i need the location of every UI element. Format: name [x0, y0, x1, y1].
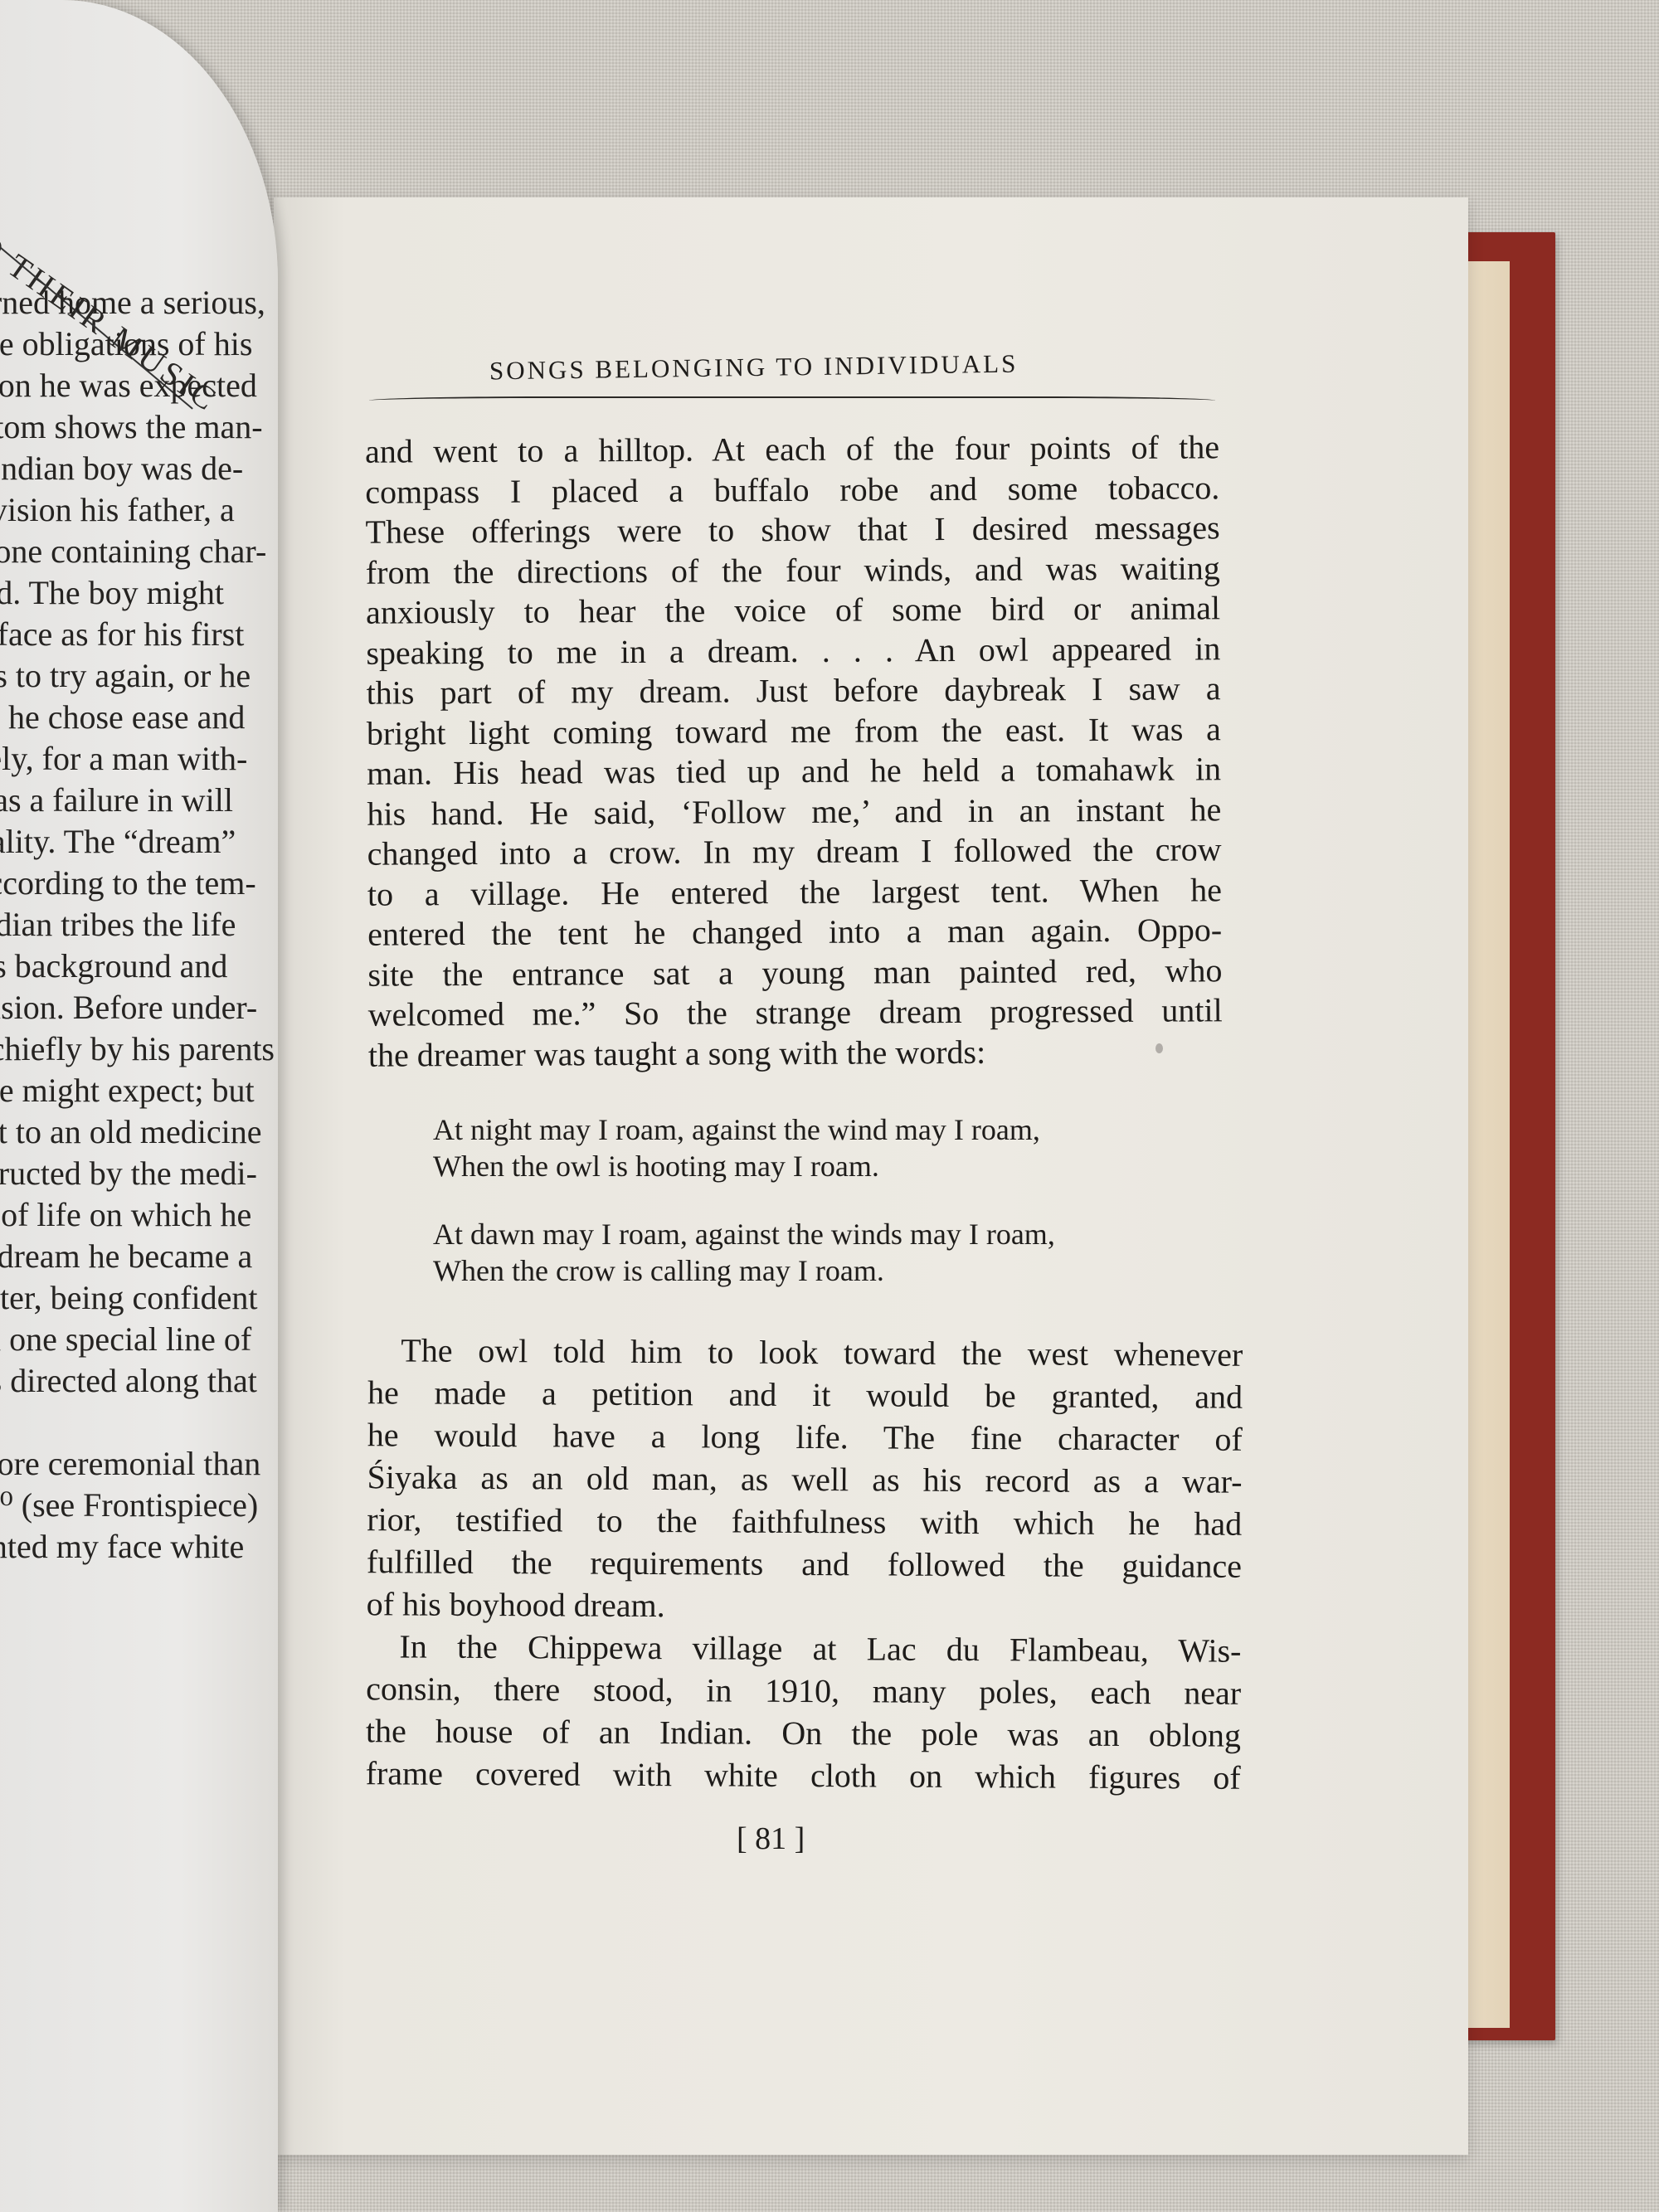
- text-line: vent to an old medicine: [0, 1111, 278, 1153]
- text-line: the dreamer was taught a song with the w…: [368, 1031, 1223, 1076]
- text-line: and went to a hilltop. At each of the fo…: [365, 427, 1219, 472]
- text-line: an Indian boy was de-: [0, 448, 278, 489]
- text-line: the house of an Indian. On the pole was …: [366, 1709, 1241, 1757]
- text-line: he would have a long life. The fine char…: [367, 1413, 1243, 1461]
- text-line: man. His head was tied up and he held a …: [367, 749, 1221, 794]
- text-line: rior, testified to the faithfulness with…: [367, 1498, 1242, 1545]
- text-line: d vision. Before under-: [0, 987, 278, 1028]
- text-line: entality. The “dream”: [0, 821, 278, 863]
- text-line: ness to try again, or he: [0, 655, 278, 697]
- text-line: welcomed me.” So the strange dream progr…: [368, 990, 1223, 1035]
- text-line: changed into a crow. In my dream I follo…: [367, 829, 1222, 874]
- text-line: his face as for his first: [0, 614, 278, 655]
- text-line: consin, there stood, in 1910, many poles…: [366, 1667, 1241, 1714]
- text-line: ier as a failure in will: [0, 780, 278, 821]
- text-line: his hand. He said, ‘Follow me,’ and in a…: [367, 790, 1221, 834]
- text-line: he made a petition and it would be grant…: [367, 1371, 1243, 1418]
- verse-line: When the owl is hooting may I roam.: [433, 1148, 1055, 1184]
- text-line: anxiously to hear the voice of some bird…: [366, 588, 1220, 633]
- text-line: t a vision his father, a: [0, 489, 278, 531]
- paper-speck: [1155, 1043, 1163, 1053]
- song-verse: At night may I roam, against the wind ma…: [433, 1111, 1055, 1320]
- text-line: site the entrance sat a young man painte…: [367, 950, 1222, 995]
- text-line: es, one containing char-: [0, 531, 278, 572]
- text-line: fulfilled the requirements and followed …: [367, 1540, 1242, 1587]
- text-line: this part of my dream. Just before daybr…: [366, 668, 1220, 713]
- text-line: Śiyaka as an old man, as well as his rec…: [367, 1456, 1242, 1503]
- text-line: l Indian tribes the life: [0, 904, 278, 946]
- text-line: to a village. He entered the largest ten…: [367, 870, 1222, 915]
- verse-line: At night may I roam, against the wind ma…: [433, 1111, 1055, 1148]
- text-line: was directed along that: [0, 1360, 278, 1402]
- text-line: These offerings were to show that I desi…: [365, 508, 1219, 552]
- page-number: [ 81 ]: [737, 1821, 805, 1857]
- paragraph-1: and went to a hilltop. At each of the fo…: [365, 427, 1223, 1075]
- text-line: from the directions of the four winds, a…: [366, 548, 1220, 593]
- text-line: vision he was expected: [0, 365, 278, 406]
- text-line: rarely, for a man with-: [0, 738, 278, 780]
- text-line: e the obligations of his: [0, 323, 278, 365]
- left-page-text: eturned home a serious, e the obligation…: [0, 282, 278, 1568]
- text-line: entered the tent he changed into a man a…: [367, 910, 1222, 955]
- text-line: ka ¹⁰ (see Frontispiece): [0, 1485, 278, 1526]
- verse-line: When the crow is calling may I roam.: [433, 1252, 1055, 1289]
- text-line: hunter, being confident: [0, 1277, 278, 1319]
- text-line: e according to the tem-: [0, 863, 278, 904]
- text-line: painted my face white: [0, 1526, 278, 1568]
- text-line: bright light coming toward me from the e…: [367, 709, 1221, 754]
- text-line: food. The boy might: [0, 572, 278, 614]
- text-line: compass I placed a buffalo robe and some…: [365, 468, 1219, 513]
- text-line: frame covered with white cloth on which …: [366, 1752, 1241, 1799]
- text-line: instructed by the medi-: [0, 1153, 278, 1194]
- header-rule: [369, 396, 1215, 401]
- text-line: of his boyhood dream.: [367, 1582, 1242, 1630]
- text-line: In the Chippewa village at Lac du Flambe…: [366, 1625, 1241, 1672]
- text-line: ed chiefly by his parents: [0, 1028, 278, 1070]
- text-line: at he might expect; but: [0, 1070, 278, 1111]
- text-line: p in one special line of: [0, 1319, 278, 1360]
- text-line: [0, 1402, 278, 1443]
- text-line: ase of life on which he: [0, 1194, 278, 1236]
- text-line: his dream he became a: [0, 1236, 278, 1277]
- text-line: that he chose ease and: [0, 697, 278, 738]
- stanza-2: At dawn may I roam, against the winds ma…: [433, 1216, 1055, 1289]
- text-line: eturned home a serious,: [0, 282, 278, 323]
- text-line: s more ceremonial than: [0, 1443, 278, 1485]
- left-page: D THEIR MUSIC eturned home a serious, e …: [0, 0, 278, 2212]
- verse-line: At dawn may I roam, against the winds ma…: [433, 1216, 1055, 1252]
- paragraphs-2-3: The owl told him to look toward the west…: [366, 1329, 1243, 1799]
- stanza-1: At night may I roam, against the wind ma…: [433, 1111, 1055, 1184]
- text-line: speaking to me in a dream. . . . An owl …: [366, 629, 1220, 673]
- text-line: custom shows the man-: [0, 406, 278, 448]
- text-line: d its background and: [0, 946, 278, 987]
- text-line: The owl told him to look toward the west…: [367, 1329, 1243, 1376]
